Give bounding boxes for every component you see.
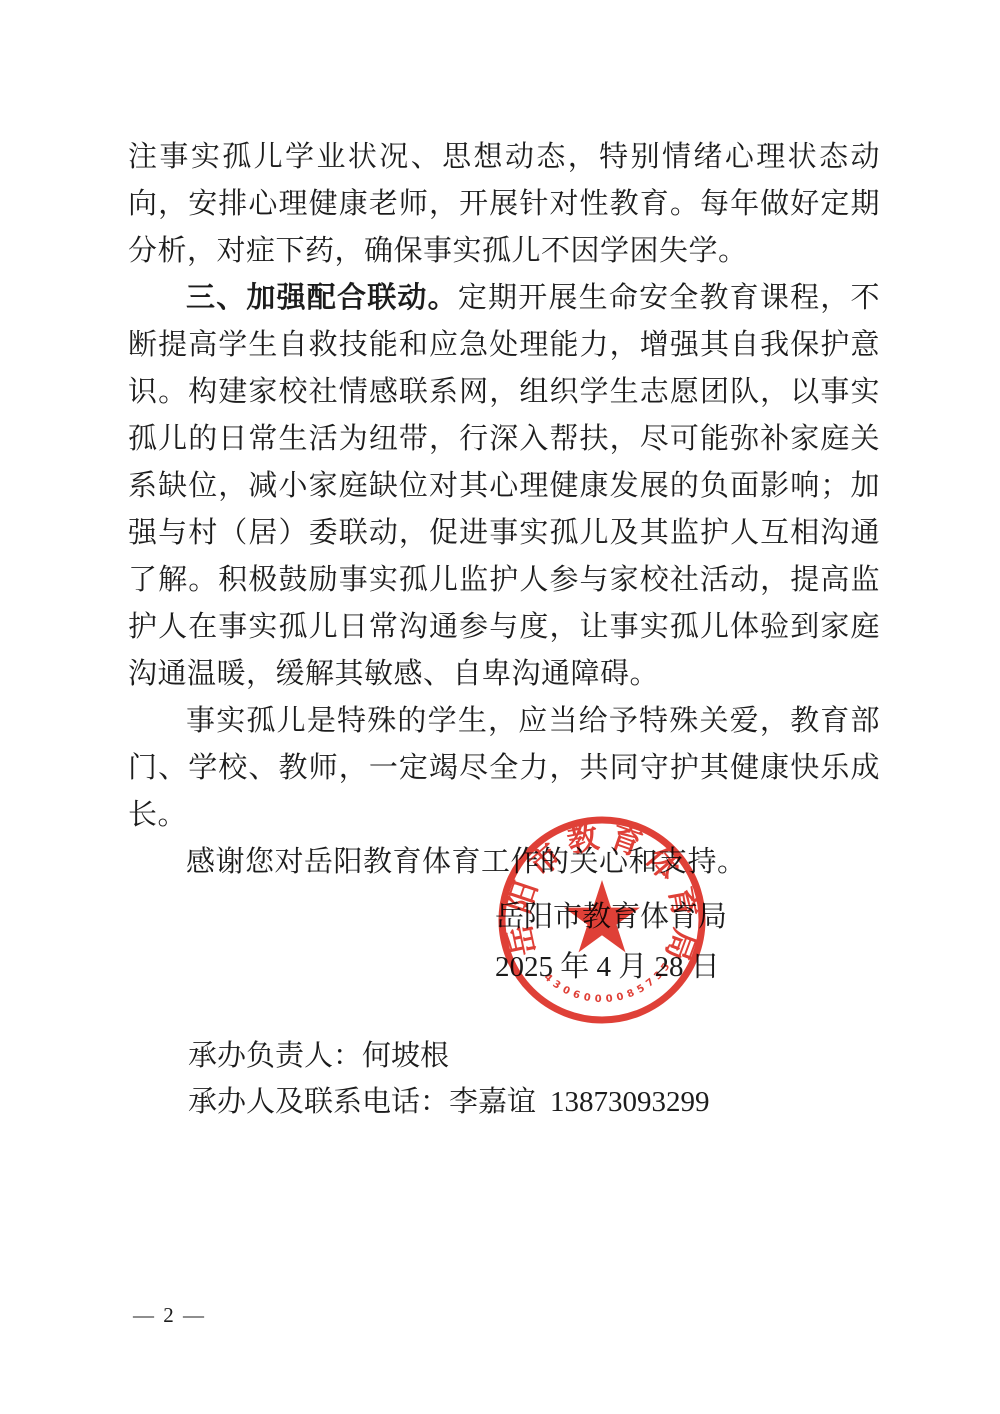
contact-block: 承办负责人：何坡根 承办人及联系电话：李嘉谊13873093299 — [188, 1033, 710, 1125]
page-number: — 2 — — [133, 1303, 206, 1328]
document-page: 注事实孤儿学业状况、思想动态，特别情绪心理状态动向，安排心理健康老师，开展针对性… — [0, 0, 1000, 1414]
signature-block: 岳阳市教育体育局 2025 年 4 月 28 日 — [495, 892, 727, 992]
contact-label: 承办人及联系电话： — [188, 1086, 449, 1118]
contact-name: 何坡根 — [362, 1040, 449, 1072]
paragraph-section-three: 三、加强配合联动。定期开展生命安全教育课程，不断提高学生自救技能和应急处理能力，… — [128, 275, 880, 698]
paragraph-closing: 事实孤儿是特殊的学生，应当给予特殊关爱，教育部门、学校、教师，一定竭尽全力，共同… — [128, 698, 880, 839]
paragraph-thanks: 感谢您对岳阳教育体育工作的关心和支持。 — [128, 839, 880, 886]
signature-date: 2025 年 4 月 28 日 — [495, 942, 727, 992]
letter-body: 注事实孤儿学业状况、思想动态，特别情绪心理状态动向，安排心理健康老师，开展针对性… — [128, 134, 880, 886]
paragraph-continued: 注事实孤儿学业状况、思想动态，特别情绪心理状态动向，安排心理健康老师，开展针对性… — [128, 134, 880, 275]
contact-name: 李嘉谊 — [449, 1086, 536, 1118]
contact-label: 承办负责人： — [188, 1040, 362, 1072]
section-body-text: 定期开展生命安全教育课程，不断提高学生自救技能和应急处理能力，增强其自我保护意识… — [128, 282, 880, 690]
contact-line-phone: 承办人及联系电话：李嘉谊13873093299 — [188, 1079, 710, 1125]
section-heading: 三、加强配合联动。 — [186, 282, 458, 314]
contact-line-responsible: 承办负责人：何坡根 — [188, 1033, 710, 1079]
signature-org: 岳阳市教育体育局 — [495, 892, 727, 942]
contact-phone: 13873093299 — [550, 1086, 710, 1118]
